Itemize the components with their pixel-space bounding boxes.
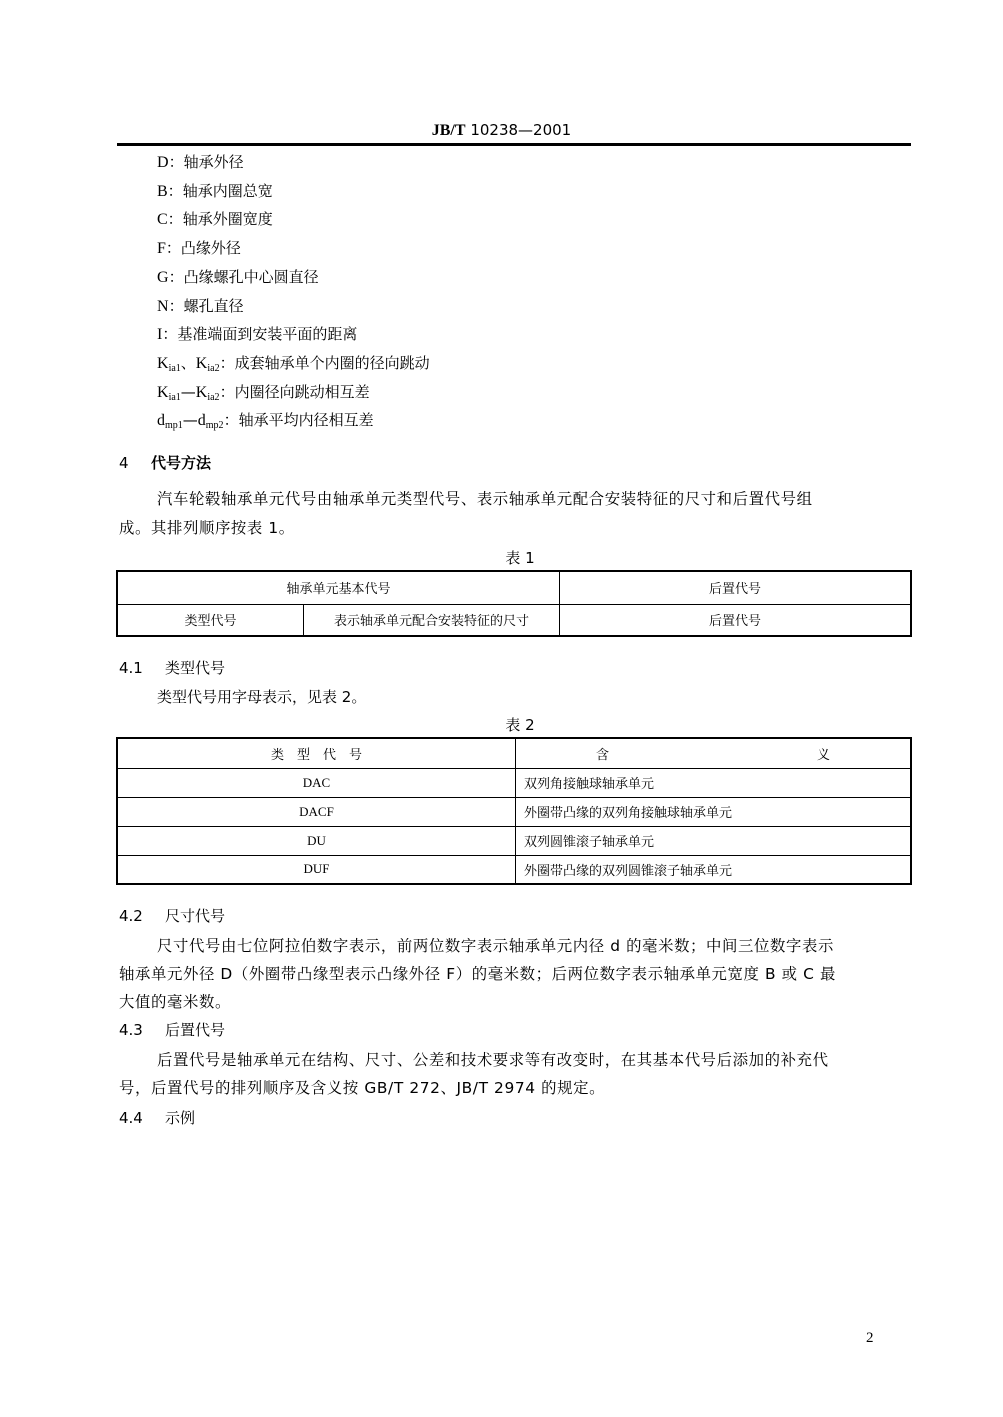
table-2-header-row: 类 型 代 号 含 义 bbox=[117, 738, 911, 768]
symbol-desc: 轴承内圈总宽 bbox=[183, 182, 273, 200]
symbol-def-dmp-diff: dmp1—dmp2：轴承平均内径相互差 bbox=[157, 410, 374, 436]
header-type-code: 类 型 代 号 bbox=[117, 738, 516, 768]
symbol-desc: 凸缘外径 bbox=[181, 239, 241, 257]
section-4-3-heading: 4.3后置代号 bbox=[119, 1020, 225, 1040]
symbol-def-b: B：轴承内圈总宽 bbox=[157, 181, 273, 202]
section-number: 4.4 bbox=[119, 1108, 165, 1128]
section-4-2-para-line1: 尺寸代号由七位阿拉伯数字表示，前两位数字表示轴承单元内径 d 的毫米数；中间三位… bbox=[157, 932, 834, 961]
standard-number: 10238—2001 bbox=[470, 121, 571, 139]
colon: ： bbox=[224, 411, 239, 429]
table-1-row-2: 类型代号 表示轴承单元配合安装特征的尺寸 后置代号 bbox=[117, 604, 911, 636]
section-number: 4.1 bbox=[119, 658, 165, 678]
table-1: 轴承单元基本代号 后置代号 类型代号 表示轴承单元配合安装特征的尺寸 后置代号 bbox=[116, 570, 912, 637]
section-4-1-heading: 4.1类型代号 bbox=[119, 658, 225, 678]
symbol-def-n: N：螺孔直径 bbox=[157, 296, 244, 317]
symbol: K bbox=[196, 355, 208, 372]
cell-meaning: 双列圆锥滚子轴承单元 bbox=[516, 826, 912, 855]
header-meaning: 含 义 bbox=[516, 738, 912, 768]
symbol: G bbox=[157, 269, 169, 286]
colon: ： bbox=[220, 383, 235, 401]
table-2: 类 型 代 号 含 义 DAC 双列角接触球轴承单元 DACF 外圈带凸缘的双列… bbox=[116, 737, 912, 885]
symbol-def-f: F：凸缘外径 bbox=[157, 238, 241, 259]
separator: — bbox=[183, 411, 198, 429]
header-rule bbox=[117, 143, 911, 146]
page-number: 2 bbox=[866, 1330, 874, 1347]
cell-basic-code: 轴承单元基本代号 bbox=[117, 571, 560, 604]
symbol: d bbox=[157, 412, 165, 429]
symbol: F bbox=[157, 240, 166, 257]
colon: ： bbox=[168, 182, 183, 200]
colon: ： bbox=[168, 210, 183, 228]
symbol-subscript: ia1 bbox=[169, 392, 181, 403]
section-4-4-heading: 4.4示例 bbox=[119, 1108, 195, 1128]
symbol-def-kia-diff: Kia1—Kia2：内圈径向跳动相互差 bbox=[157, 382, 370, 408]
symbol-subscript: ia2 bbox=[207, 363, 219, 374]
section-title: 类型代号 bbox=[165, 659, 225, 677]
symbol-subscript: ia2 bbox=[207, 392, 219, 403]
symbol-desc: 轴承平均内径相互差 bbox=[239, 411, 374, 429]
section-4-3-para-line2: 号，后置代号的排列顺序及含义按 GB/T 272、JB/T 2974 的规定。 bbox=[119, 1074, 605, 1103]
section-number: 4.2 bbox=[119, 906, 165, 926]
cell-type-code: 类型代号 bbox=[117, 604, 304, 636]
symbol-def-kia: Kia1、Kia2：成套轴承单个内圈的径向跳动 bbox=[157, 353, 430, 379]
section-number: 4 bbox=[119, 453, 151, 473]
symbol-desc: 内圈径向跳动相互差 bbox=[235, 383, 370, 401]
symbol-desc: 轴承外径 bbox=[184, 153, 244, 171]
section-title: 尺寸代号 bbox=[165, 907, 225, 925]
section-title: 代号方法 bbox=[151, 454, 211, 472]
separator: 、 bbox=[181, 354, 196, 372]
table-row: DAC 双列角接触球轴承单元 bbox=[117, 768, 911, 797]
section-4-2-para-line2: 轴承单元外径 D（外圈带凸缘型表示凸缘外径 F）的毫米数；后两位数字表示轴承单元… bbox=[119, 960, 836, 989]
standard-header: JB/T 10238—2001 bbox=[0, 121, 1003, 140]
colon: ： bbox=[169, 297, 184, 315]
table-1-row-1: 轴承单元基本代号 后置代号 bbox=[117, 571, 911, 604]
section-4-2-heading: 4.2尺寸代号 bbox=[119, 906, 225, 926]
symbol: B bbox=[157, 183, 168, 200]
symbol-subscript: mp2 bbox=[206, 420, 224, 431]
table-1-caption: 表 1 bbox=[0, 549, 1003, 567]
cell-dimension: 表示轴承单元配合安装特征的尺寸 bbox=[304, 604, 560, 636]
symbol-def-i: I：基准端面到安装平面的距离 bbox=[157, 324, 357, 345]
cell-code: DAC bbox=[117, 768, 516, 797]
section-title: 后置代号 bbox=[165, 1021, 225, 1039]
symbol-def-d: D：轴承外径 bbox=[157, 152, 244, 173]
colon: ： bbox=[166, 239, 181, 257]
symbol: d bbox=[198, 412, 206, 429]
cell-meaning: 外圈带凸缘的双列角接触球轴承单元 bbox=[516, 797, 912, 826]
cell-meaning: 外圈带凸缘的双列圆锥滚子轴承单元 bbox=[516, 855, 912, 884]
symbol: K bbox=[157, 384, 169, 401]
cell-code: DACF bbox=[117, 797, 516, 826]
symbol-desc: 基准端面到安装平面的距离 bbox=[177, 325, 357, 343]
cell-suffix-code: 后置代号 bbox=[560, 571, 912, 604]
symbol: N bbox=[157, 298, 169, 315]
symbol-desc: 螺孔直径 bbox=[184, 297, 244, 315]
colon: ： bbox=[162, 325, 177, 343]
table-row: DACF 外圈带凸缘的双列角接触球轴承单元 bbox=[117, 797, 911, 826]
separator: — bbox=[181, 383, 196, 401]
section-4-para-line2: 成。其排列顺序按表 1。 bbox=[119, 514, 295, 543]
cell-suffix-code: 后置代号 bbox=[560, 604, 912, 636]
table-row: DU 双列圆锥滚子轴承单元 bbox=[117, 826, 911, 855]
symbol: C bbox=[157, 211, 168, 228]
symbol: K bbox=[196, 384, 208, 401]
section-4-3-para-line1: 后置代号是轴承单元在结构、尺寸、公差和技术要求等有改变时，在其基本代号后添加的补… bbox=[157, 1046, 829, 1075]
symbol: D bbox=[157, 154, 169, 171]
section-title: 示例 bbox=[165, 1109, 195, 1127]
standard-prefix: JB/T bbox=[432, 122, 466, 139]
table-row: DUF 外圈带凸缘的双列圆锥滚子轴承单元 bbox=[117, 855, 911, 884]
section-4-1-para: 类型代号用字母表示，见表 2。 bbox=[157, 687, 366, 707]
symbol-subscript: ia1 bbox=[169, 363, 181, 374]
symbol-desc: 凸缘螺孔中心圆直径 bbox=[184, 268, 319, 286]
symbol-desc: 轴承外圈宽度 bbox=[183, 210, 273, 228]
section-4-para-line1: 汽车轮毂轴承单元代号由轴承单元类型代号、表示轴承单元配合安装特征的尺寸和后置代号… bbox=[157, 485, 813, 514]
colon: ： bbox=[169, 153, 184, 171]
table-2-caption: 表 2 bbox=[0, 716, 1003, 734]
colon: ： bbox=[220, 354, 235, 372]
cell-code: DU bbox=[117, 826, 516, 855]
symbol-desc: 成套轴承单个内圈的径向跳动 bbox=[235, 354, 430, 372]
symbol-subscript: mp1 bbox=[165, 420, 183, 431]
symbol: K bbox=[157, 355, 169, 372]
cell-code: DUF bbox=[117, 855, 516, 884]
cell-meaning: 双列角接触球轴承单元 bbox=[516, 768, 912, 797]
section-4-2-para-line3: 大值的毫米数。 bbox=[119, 988, 231, 1017]
symbol-def-c: C：轴承外圈宽度 bbox=[157, 209, 273, 230]
colon: ： bbox=[169, 268, 184, 286]
section-4-heading: 4代号方法 bbox=[119, 453, 211, 473]
section-number: 4.3 bbox=[119, 1020, 165, 1040]
symbol-def-g: G：凸缘螺孔中心圆直径 bbox=[157, 267, 319, 288]
